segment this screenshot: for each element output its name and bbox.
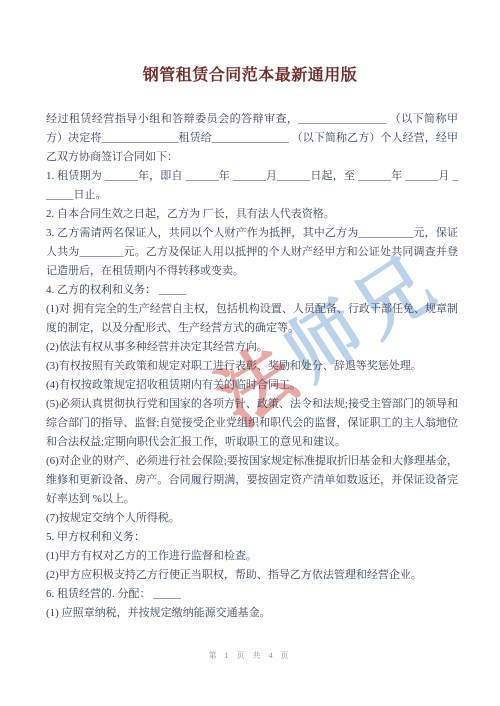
clause-5-heading: 5. 甲方权利和义务： (46, 528, 458, 547)
clause-5-item-2: (2)甲方应积极支持乙方行使正当职权，帮助、指导乙方依法管理和经营企业。 (46, 566, 458, 585)
clause-4-item-2: (2)依法有权从事多种经营并决定其经营方向。 (46, 338, 458, 357)
clause-4-item-3: (3)有权按照有关政策和规定对职工进行表彰、奖励和处分、辞退等奖惩处理。 (46, 357, 458, 376)
clause-4-item-6: (6)对企业的财产、必须进行社会保险;要按国家规定标准提取折旧基金和大修理基金，… (46, 452, 458, 509)
page-number: 第 1 页 共 4 页 (0, 650, 500, 661)
contract-page: 法师兄 钢管租赁合同范本最新通用版 经过租赁经营指导小组和答辩委员会的答辩审查，… (0, 0, 500, 706)
intro-paragraph: 经过租赁经营指导小组和答辩委员会的答辩审查，________________ （… (46, 110, 458, 167)
clause-4-item-5: (5)必须认真贯彻执行党和国家的各项方针、政策、法令和法规;接受主管部门的领导和… (46, 395, 458, 452)
clause-3-guarantors: 3. 乙方需请两名保证人，共同以个人财产作为抵押，其中乙方为__________… (46, 224, 458, 281)
clause-1-lease-term: 1. 租赁期为 ______年，即自 ______年 ______月______… (46, 167, 458, 205)
clause-4-item-1: (1)对 拥有完全的生产经营自主权，包括机构设置、人员配备、行政干部任免、规章制… (46, 300, 458, 338)
clause-2-effective: 2. 自本合同生效之日起，乙方为 厂长，具有法人代表资格。 (46, 205, 458, 224)
clause-6-heading: 6. 租赁经营的. 分配： _____ (46, 585, 458, 604)
clause-4-item-7: (7)按规定交纳个人所得税。 (46, 509, 458, 528)
clause-5-item-1: (1)甲方有权对乙方的工作进行监督和检查。 (46, 547, 458, 566)
clause-4-heading: 4. 乙方的权利和义务： _____ (46, 281, 458, 300)
clause-4-item-4: (4)有权按政策规定招收租赁期内有关的临时合同工。 (46, 376, 458, 395)
clause-6-item-1: (1) 应照章纳税，并按规定缴纳能源交通基金。 (46, 604, 458, 623)
document-body: 经过租赁经营指导小组和答辩委员会的答辩审查，________________ （… (46, 110, 458, 623)
document-title: 钢管租赁合同范本最新通用版 (0, 62, 500, 85)
